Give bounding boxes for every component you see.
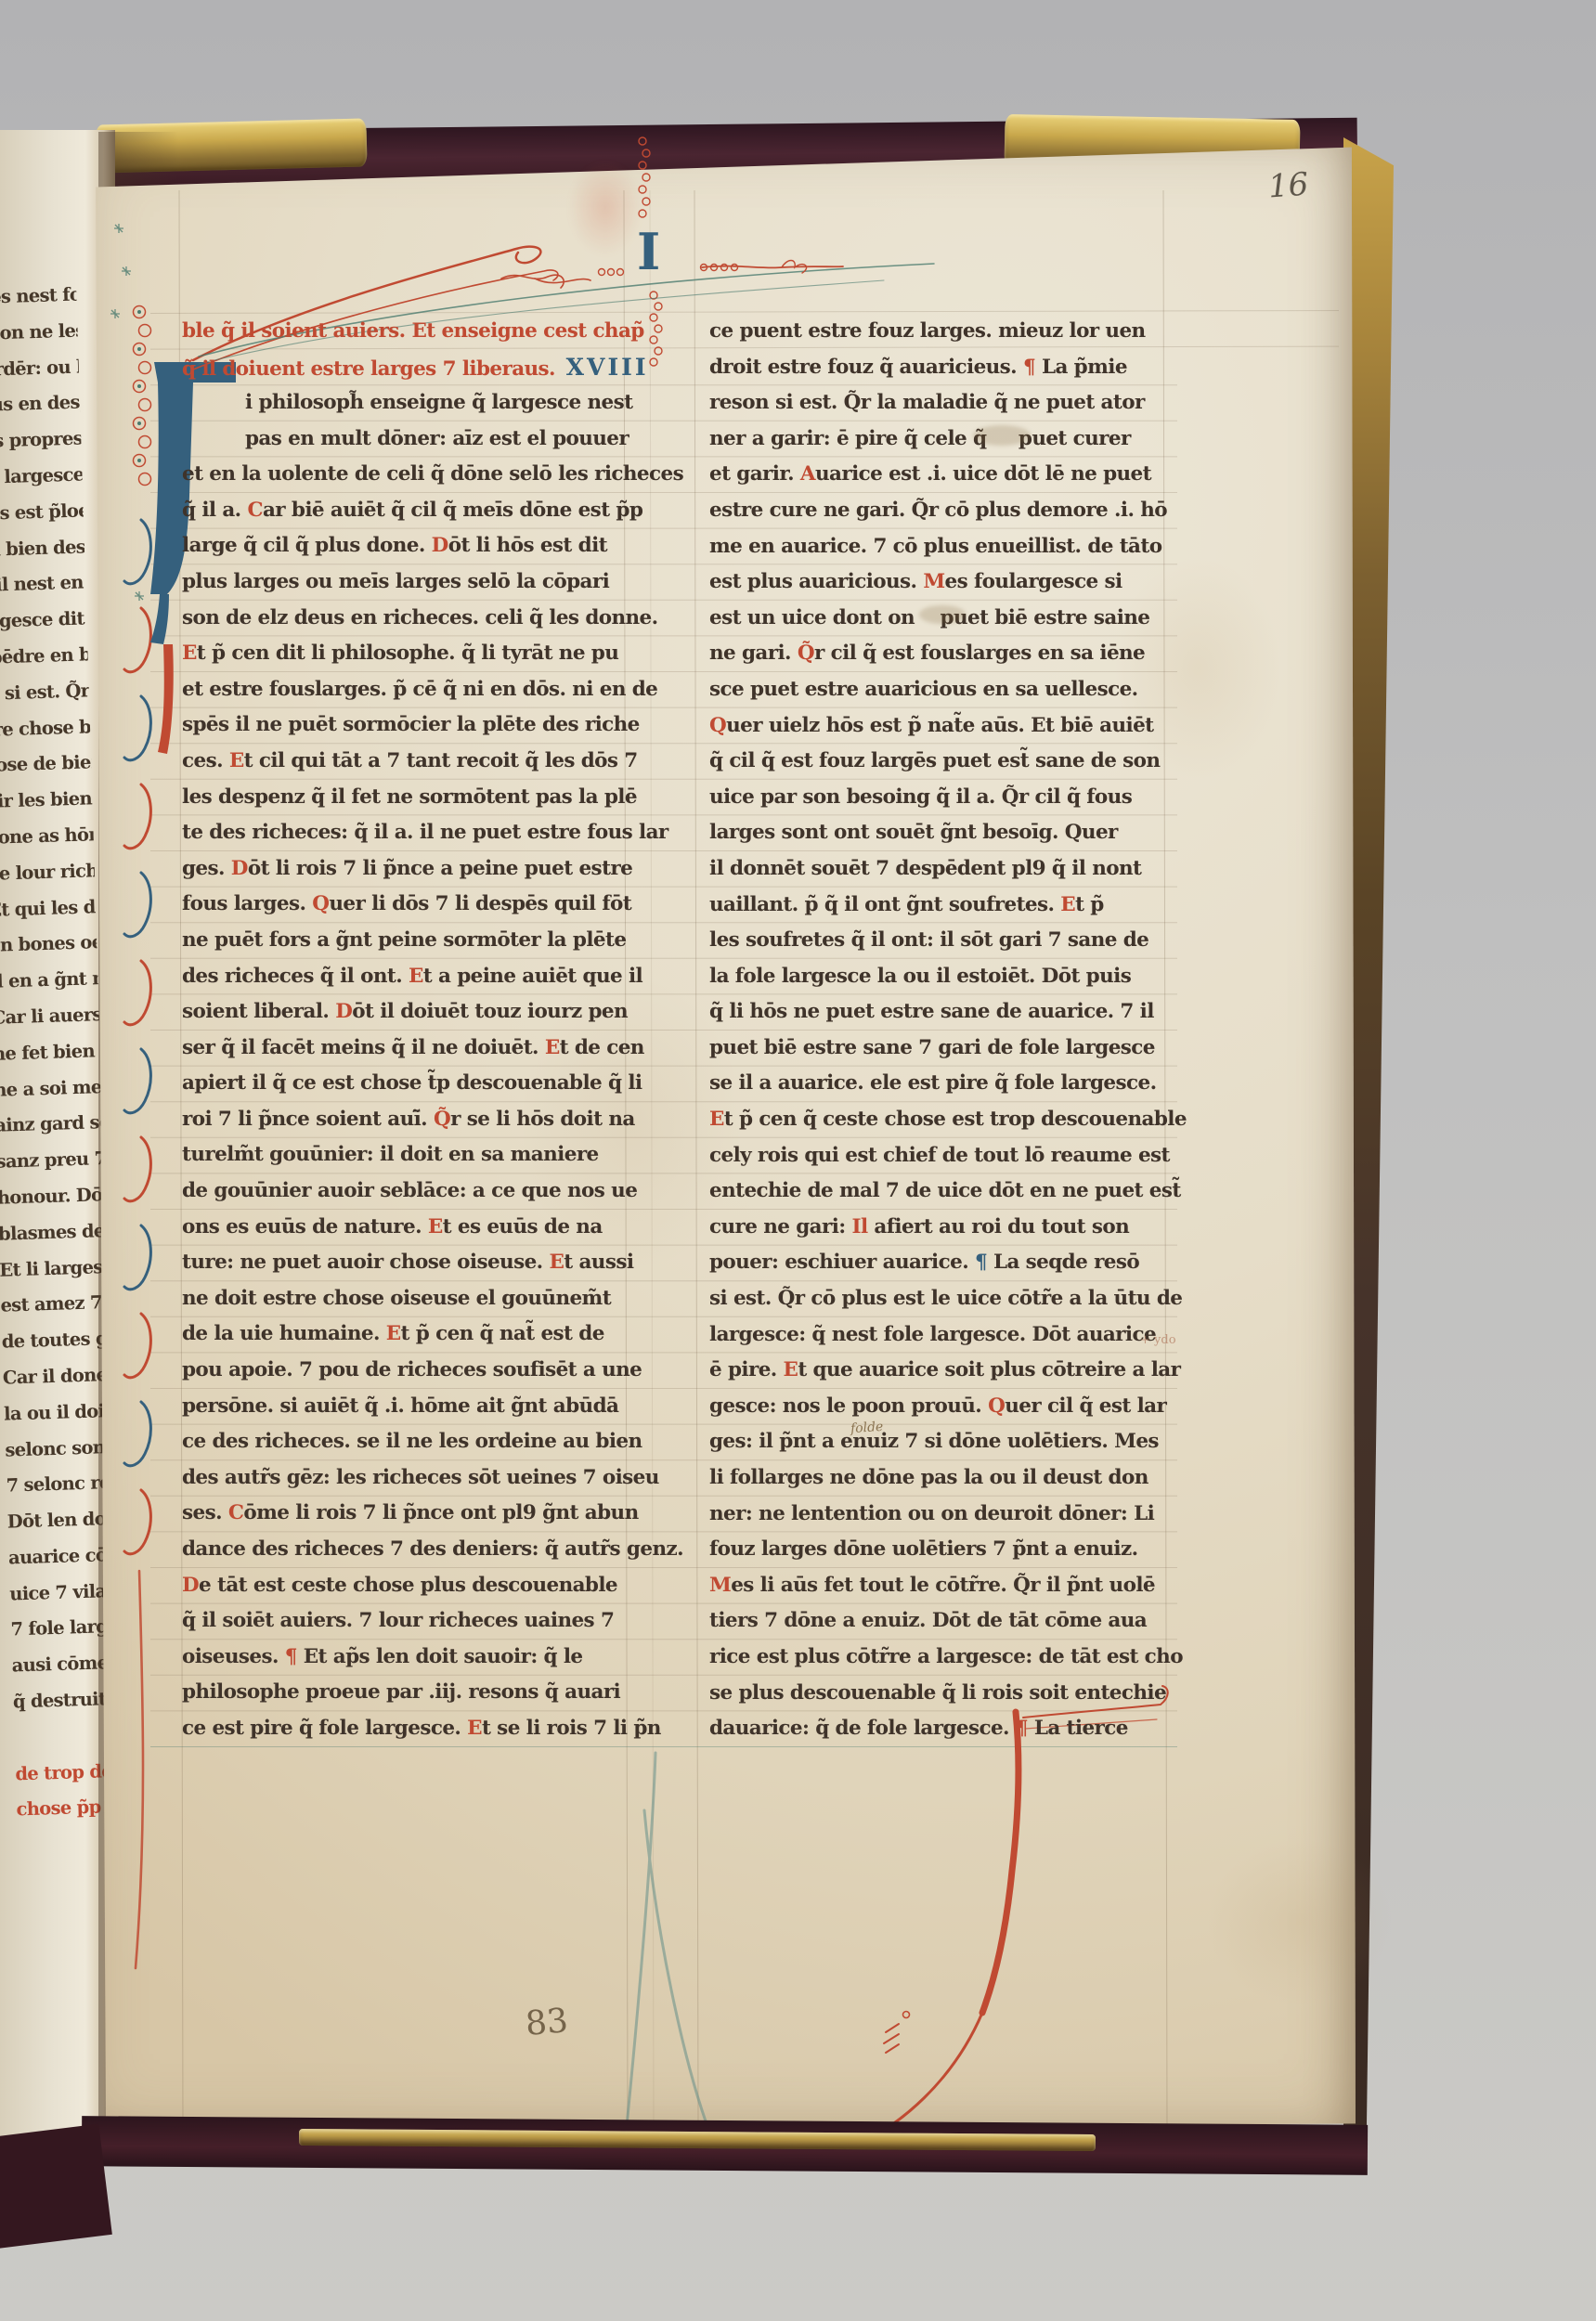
text-segment: e tāt est ceste chose plus descouenable [199,1574,617,1597]
text-segment: ges. [182,857,231,880]
text-line: de toutes genz [1,1321,110,1360]
text-segment: ser q̃ il facēt meins q̃ il ne doiuēt. [182,1036,545,1059]
text-line: Et p̃ cen dit li philosophe. q̃ li tyrāt… [182,636,629,672]
text-line: lō si est. Q̃r largece [0,673,89,712]
text-line: ne gari. Q̃r cil q̃ est fouslarges en sa… [709,636,1166,672]
text-line: q̃ il soiēt auiers. 7 lour richeces uain… [182,1603,629,1640]
text-segment: des richeces q̃ il ont. [182,965,409,988]
text-line: Et li larges hōs [0,1250,108,1289]
text-line: spēs il ne puēt sormōcier la plēte des r… [182,707,629,744]
text-segment: E [409,965,423,988]
text-line: philosophe proeue par .iij. resons q̃ au… [182,1675,629,1711]
text-line: ser q̃ il facēt meins q̃ il ne doiuēt. E… [182,1031,629,1067]
text-segment: E [784,1358,798,1381]
text-segment: ture: ne puet auoir chose oiseuse. [182,1251,549,1274]
text-segment: E [386,1322,401,1345]
text-line: et garir. Auarice est .i. uice dōt lē ne… [709,457,1166,493]
text-line: Car li auers hōs [0,997,99,1036]
text-segment: r se li hōs doit na [450,1108,635,1131]
text-line: ges: il p̃nt a enuiz 7 si dōne uolētiers… [709,1424,1166,1460]
text-segment: t se li rois 7 li p̃n [482,1717,661,1740]
text-line: cely rois qui est chief de tout lō reaum… [709,1138,1166,1174]
text-segment: dauarice: q̃ de fole largesce. [709,1717,1016,1740]
text-line: uice par son besoing q̃ il a. Q̃r cil q̃… [709,780,1166,816]
text-segment: es li aūs fet tout le cōtr̃re. Q̃r il p̃… [731,1574,1155,1597]
text-line: rice est plus cōtr̃re a largesce: de tāt… [709,1640,1166,1676]
text-line: ere chose bōne 7 g̃t [0,709,91,748]
text-segment: si est. Q̃r cō plus est le uice cōtr̃e a… [709,1287,1182,1310]
text-segment: q̃ il soiēt auiers. 7 lour richeces uain… [182,1609,614,1632]
text-line: des richeces q̃ il ont. Et a peine auiēt… [182,959,629,995]
text-segment: E [709,1108,724,1131]
text-segment: largesce: q̃ nest fole largesce. Dōt aua… [709,1323,1156,1346]
text-line: droit estre fouz q̃ auaricieus. ¶ La p̃m… [709,350,1166,386]
text-segment: La p̃mie [1042,356,1127,379]
text-line: plus larges ou meīs larges selō la cōpar… [182,564,629,601]
text-line: hōs est p̃loez. Et cō [0,493,84,532]
text-line: la ou il doit doner [4,1394,112,1433]
text-line: ne puēt fors a g̃nt peine sormōter la pl… [182,923,629,959]
text-segment: philosophe proeue par .iij. resons q̃ au… [182,1680,620,1704]
text-line: blasmes de touz [0,1213,107,1252]
text-segment: D [231,857,248,880]
text-segment: ¶ [1016,1717,1034,1740]
text-line: Q̃r largesce 7 douu [0,457,83,496]
text-segment: son de elz deus en richeces. celi q̃ les… [182,606,658,629]
text-line: ner: ne lentention ou on deuroit dōner: … [709,1497,1166,1533]
text-line: te des richeces: q̃ il a. il ne puet est… [182,815,629,851]
text-line: est amez 7 loez [0,1285,109,1324]
text-segment: uer uielz hōs est p̃ nat̃e aūs. Et biē a… [726,714,1153,737]
text-segment: de gouūnier auoir seblāce: a ce que nos … [182,1179,637,1202]
text-segment: apiert il q̃ ce est chose t̃p descouenab… [182,1071,642,1095]
text-segment: pouer: eschiuer auarice. [709,1251,975,1274]
text-line: de la uie humaine. Et p̃ cen q̃ nat̃ est… [182,1316,629,1353]
text-segment: ne gari. [709,642,798,665]
text-line: ne doit estre chose oiseuse el gouūnem̃t [182,1281,629,1317]
text-line: sanz preu 7 sanz [0,1141,104,1180]
text-segment: des autr̃s gēz: les richeces sōt ueines … [182,1466,659,1489]
text-line: ne a soi meismes [0,1070,102,1109]
text-segment: ne puēt fors a g̃nt peine sormōter la pl… [182,928,626,952]
text-line: eces nest fors despen [0,278,77,317]
text-segment: M [923,570,944,593]
text-segment: t aussi [564,1251,633,1274]
text-segment: ē pire. [709,1358,784,1381]
text-line: Quer uielz hōs est p̃ nat̃e aūs. Et biē … [709,708,1166,745]
text-segment: et en la uolente de celi q̃ dōne selō le… [182,462,683,486]
text-segment: r cil q̃ est fouslarges en sa iēne [814,642,1145,665]
text-line: cure ne gari: Il afiert au roi du tout s… [709,1210,1166,1246]
text-line: en bones oeures [0,926,97,965]
text-segment: ce puent estre fouz larges. mieuz lor ue… [709,319,1146,343]
text-segment: les despenz q̃ il fet ne sormōtent pas l… [182,785,637,809]
text-line: largesce: q̃ nest fole largesce. Dōt aua… [709,1317,1166,1354]
text-segment: E [428,1215,443,1238]
text-line: ainz gard son auoir [0,1105,103,1144]
text-segment: et estre fouslarges. p̃ cē q̃ ni en dōs.… [182,678,657,701]
text-segment: ner a garir: ē pire q̃ cele q̃ puet cure… [709,427,1131,450]
text-line: ce puent estre fouz larges. mieuz lor ue… [709,314,1166,350]
text-segment: rice est plus cōtr̃re a largesce: de tāt… [709,1645,1183,1668]
text-segment: fous larges. [182,892,312,915]
text-segment: ¶ [1023,356,1042,379]
text-segment: t p̃ cen q̃ nat̃ est de [401,1322,604,1345]
text-segment: turelm̃t gouūnier: il doit en sa maniere [182,1143,599,1166]
text-line: ē pire. Et que auarice soit plus cōtreir… [709,1353,1166,1389]
text-segment: t p̃ cen q̃ ceste chose est trop descoue… [724,1108,1187,1131]
text-segment: E [549,1251,564,1274]
text-line: apiert il q̃ ce est chose t̃p descouenab… [182,1066,629,1102]
text-line: large q̃ cil q̃ plus done. Dōt li hōs es… [182,528,629,564]
text-line: de lour richeces [0,853,95,892]
text-line: Q̃r on ne les gard [0,313,78,352]
text-segment: est plus auaricious. [709,570,923,593]
text-segment: cely rois qui est chief de tout lō reaum… [709,1144,1170,1167]
text-segment: fouz larges dōne uolētiers 7 p̃nt a enui… [709,1537,1137,1561]
text-line: me en auarice. 7 cō plus enueillist. de … [709,529,1166,565]
text-line: gardēr: ou les am [0,349,79,388]
text-line: Et qui les despent [0,889,97,928]
text-segment: Il [852,1215,868,1238]
text-line: et en la uolente de celi q̃ dōne selō le… [182,457,629,493]
text-segment: la fole largesce la ou il estoiēt. Dōt p… [709,965,1131,988]
text-line: plus en despendre [0,385,81,424]
text-segment: dance des richeces 7 des deniers: q̃ aut… [182,1537,683,1561]
text-line: argesce dit est p̃m [0,602,87,641]
text-segment: il donnēt souēt 7 despēdent pl9 q̃ il no… [709,857,1141,880]
board-corner-bottom-left [0,2124,112,2250]
text-segment: oiseuses. [182,1645,285,1668]
text-segment: afiert au roi du tout son [868,1215,1130,1238]
text-segment: reson si est. Q̃r la maladie q̃ ne puet … [709,391,1145,414]
text-line: roi 7 li p̃nce soient auī̃. Q̃r se li hō… [182,1102,629,1138]
text-segment: Q̃ [434,1108,450,1131]
text-segment: E [1060,893,1075,916]
text-segment: i philosoph̃ enseigne q̃ largesce nest [245,391,632,414]
text-line: est plus auaricious. Mes foulargesce si [709,564,1166,601]
erasure-smudge [973,425,1031,446]
text-segment: Q [709,714,726,737]
text-line: les soufretes q̃ il ont: il sōt gari 7 s… [709,923,1166,959]
text-segment: ōme li rois 7 li p̃nce ont pl9 g̃nt abun [243,1501,638,1524]
text-segment: roi 7 li p̃nce soient auī̃. [182,1108,434,1131]
text-segment: ¶ [285,1645,304,1668]
text-line: q̃ il nest en garder [0,565,86,604]
text-segment: uarice est .i. uice dōt lē ne puet [815,462,1151,486]
text-segment: ner: ne lentention ou on deuroit dōner: … [709,1502,1154,1525]
text-line: pose de bien fere [0,746,92,784]
text-segment: pou apoie. 7 pou de richeces soufisēt a … [182,1358,642,1381]
text-segment: t es euūs de na [443,1215,603,1238]
text-line: ges. Dōt li rois 7 li p̃nce a peine puet… [182,851,629,888]
marginal-note: + ydo [1140,1333,1176,1347]
text-segment: ces. [182,749,229,772]
text-line: reson si est. Q̃r la maladie q̃ ne puet … [709,385,1166,421]
text-segment: q̃ il a. [182,499,247,522]
text-segment: tiers 7 dōne a enuiz. Dōt de tāt cōme au… [709,1609,1147,1632]
text-line: dance des richeces 7 des deniers: q̃ aut… [182,1532,629,1568]
text-segment: t cil qui tāt a 7 tant recoit q̃ les dōs… [244,749,638,772]
text-line: ble q̃ il soient auiers. Et enseigne ces… [182,314,629,350]
text-segment: La tierce [1034,1717,1128,1740]
text-segment: E [229,749,244,772]
text-line: entechie de mal 7 de uice dōt en ne puet… [709,1173,1166,1210]
text-segment: ons es euūs de nature. [182,1215,428,1238]
text-line: i philosoph̃ enseigne q̃ largesce nest [182,385,629,421]
text-segment: Q̃ [798,642,814,665]
text-segment: XVIII [555,354,649,381]
text-segment: q̃ li hōs ne puet estre sane de auarice.… [709,1000,1154,1023]
text-line: spēdre en biē se a [0,637,88,676]
text-segment: ōt li hōs est dit [448,534,607,557]
text-line: et estre fouslarges. p̃ cē q̃ ni en dōs.… [182,672,629,708]
text-line: pas en mult dōner: aīz est el pouuer [182,421,629,458]
text-line: sce puet estre auaricious en sa uellesce… [709,672,1166,708]
text-line: son de elz deus en richeces. celi q̃ les… [182,601,629,637]
text-segment: se plus descouenable q̃ li rois soit ent… [709,1681,1166,1705]
text-segment: D [432,534,448,557]
text-line: pouer: eschiuer auarice. ¶ La seqde resō [709,1245,1166,1281]
text-line: q̃ il doiuent estre larges 7 liberaus. X… [182,350,629,386]
text-line: ne fet bien a nului [0,1033,101,1072]
text-segment: Q [312,892,329,915]
text-segment: M [709,1574,731,1597]
text-line: il en a g̃nt merite [0,961,98,1000]
text-segment: ne doit estre chose oiseuse el gouūnem̃t [182,1287,611,1310]
text-segment: pas en mult dōner: aīz est el pouuer [245,427,629,450]
text-line: ce des richeces. se il ne les ordeine au… [182,1424,629,1460]
text-segment: me en auarice. 7 cō plus enueillist. de … [709,535,1161,558]
text-line: la fole largesce la ou il estoiēt. Dōt p… [709,959,1166,995]
text-segment: ōt li rois 7 li p̃nce a peine puet estre [248,857,632,880]
text-line: se il a auarice. ele est pire q̃ fole la… [709,1066,1166,1102]
text-segment: uer cil q̃ est lar [1005,1394,1166,1418]
folio-number: 16 [1267,166,1310,206]
text-segment: q̃ il doiuent estre larges 7 liberaus. [182,357,555,381]
text-segment: large q̃ cil q̃ plus done. [182,534,432,557]
text-segment: soient liberal. [182,1000,335,1023]
text-segment: t p̃ cen dit li philosophe. q̃ li tyrāt … [197,642,618,665]
text-line: selonc son pouer [5,1429,113,1468]
text-segment: ble q̃ il soient auiers. Et enseigne ces… [182,319,644,343]
text-line: ses. Cōme li rois 7 li p̃nce ont pl9 g̃n… [182,1496,629,1532]
text-segment: persōne. si auiēt q̃ .i. hōme ait g̃nt a… [182,1394,618,1418]
text-line: larges sont ont souēt g̃nt besoīg. Quer [709,815,1166,851]
text-line: puet biē estre sane 7 gari de fole large… [709,1031,1166,1067]
text-segment: larges sont ont souēt g̃nt besoīg. Quer [709,821,1118,844]
text-line: estre cure ne gari. Q̃r cō plus demore .… [709,493,1166,529]
text-line: uir les biens q̃ deu [0,781,93,820]
text-line: dauarice: q̃ de fole largesce. ¶ La tier… [709,1711,1166,1747]
text-line: De tāt est ceste chose plus descouenable [182,1568,629,1604]
text-line: si est. Q̃r cō plus est le uice cōtr̃e a… [709,1281,1166,1317]
text-line: tiers 7 dōne a enuiz. Dōt de tāt cōme au… [709,1603,1166,1640]
text-segment: La seqde resō [993,1251,1139,1274]
text-line: done as hōmes [0,817,94,856]
text-line: les despenz q̃ il fet ne sormōtent pas l… [182,780,629,816]
text-line: q̃ li hōs ne puet estre sane de auarice.… [709,994,1166,1031]
text-line: pou apoie. 7 pou de richeces soufisēt a … [182,1353,629,1389]
text-line: uaillant. p̃ q̃ il ont g̃nt soufretes. E… [709,888,1166,924]
text-segment: ce est pire q̃ fole largesce. [182,1717,467,1740]
quire-mark: I [637,227,660,277]
text-segment: ges: il p̃nt a enuiz 7 si dōne uolētiers… [709,1430,1159,1453]
text-segment: D [335,1000,352,1023]
text-segment: es foulargesce si [945,570,1122,593]
text-segment: droit estre fouz q̃ auaricieus. [709,356,1023,379]
text-column-2: ce puent estre fouz larges. mieuz lor ue… [709,314,1166,1747]
text-segment: uer li dōs 7 li despēs quil fōt [329,892,631,915]
text-segment: t p̃ [1075,893,1104,916]
text-segment: uaillant. p̃ q̃ il ont g̃nt soufretes. [709,893,1060,916]
text-line: persōne. si auiēt q̃ .i. hōme ait g̃nt a… [182,1389,629,1425]
text-line: Et p̃ cen q̃ ceste chose est trop descou… [709,1102,1166,1138]
text-segment: se il a auarice. ele est pire q̃ fole la… [709,1071,1156,1095]
text-segment: C [228,1501,244,1524]
text-line: Car il done 7 despent [2,1357,110,1396]
text-line: se plus descouenable q̃ li rois soit ent… [709,1676,1166,1712]
text-segment: q̃ cil q̃ est fouz largēs puet est̃ sane… [709,749,1160,772]
text-segment: gesce: nos le poon prouū. [709,1394,988,1418]
text-segment: E [545,1036,560,1059]
text-segment: sce puet estre auaricious en sa uellesce… [709,678,1138,701]
text-segment: t a peine auiēt que il [423,965,642,988]
text-segment: estre cure ne gari. Q̃r cō plus demore .… [709,499,1167,522]
text-line: ons es euūs de nature. Et es euūs de na [182,1210,629,1246]
text-line: ture: ne puet auoir chose oiseuse. Et au… [182,1245,629,1281]
text-segment: te des richeces: q̃ il a. il ne puet est… [182,821,668,844]
text-segment: li follarges ne dōne pas la ou il deust … [709,1466,1148,1489]
text-segment: puet biē estre sane 7 gari de fole large… [709,1036,1155,1059]
text-line: turelm̃t gouūnier: il doit en sa maniere [182,1137,629,1173]
erasure-smudge [919,605,966,624]
text-segment: A [800,462,815,486]
text-segment: ōt il doiuēt touz iourz pen [352,1000,628,1023]
text-segment: cure ne gari: [709,1215,852,1238]
text-segment: E [182,642,197,665]
text-segment: t que auarice soit plus cōtreire a lar [798,1358,1180,1381]
text-line: ner a garir: ē pire q̃ cele q̃ puet cure… [709,421,1166,458]
text-segment: C [247,499,263,522]
text-line: ce est pire q̃ fole largesce. Et se li r… [182,1711,629,1747]
text-line: ces. Et cil qui tāt a 7 tant recoit q̃ l… [182,744,629,780]
text-line: li follarges ne dōne pas la ou il deust … [709,1460,1166,1497]
text-line: Mes li aūs fet tout le cōtr̃re. Q̃r il p… [709,1568,1166,1604]
text-segment: uice par son besoing q̃ il a. Q̃r cil q̃… [709,785,1132,809]
text-line: ses propres richeces [0,421,82,460]
old-foliation-number: 83 [524,2002,569,2043]
chapter-rubric: ble q̃ il soient auiers. Et enseigne ces… [182,314,629,385]
text-segment: spēs il ne puēt sormōcier la plēte des r… [182,713,640,736]
manuscript-photo: eces nest fors despenQ̃r on ne les gardg… [0,0,1596,2321]
text-segment: ar biē auiēt q̃ cil q̃ meīs dōne est p̃p [263,499,642,522]
text-segment: ¶ [975,1251,993,1274]
text-segment: ses. [182,1501,228,1524]
text-segment: et garir. [709,462,800,486]
text-line: q̃ cil q̃ est fouz largēs puet est̃ sane… [709,744,1166,780]
text-segment: ce des richeces. se il ne les ordeine au… [182,1430,642,1453]
text-segment: t de cen [560,1036,644,1059]
text-segment: Q [988,1394,1005,1418]
text-segment: les soufretes q̃ il ont: il sōt gari 7 s… [709,928,1148,952]
text-segment: D [182,1574,199,1597]
text-line: des autr̃s gēz: les richeces sōt ueines … [182,1460,629,1497]
text-segment: E [467,1717,482,1740]
text-column-1: i philosoph̃ enseigne q̃ largesce nestpa… [182,385,629,1747]
interlinear-gloss: folde [850,1420,883,1436]
text-segment: plus larges ou meīs larges selō la cōpar… [182,570,609,593]
text-line: fous larges. Quer li dōs 7 li despēs qui… [182,887,629,923]
text-line: gesce: nos le poon prouū. Quer cil q̃ es… [709,1389,1166,1425]
text-line: soient liberal. Dōt il doiuēt touz iourz… [182,994,629,1031]
text-line: il donnēt souēt 7 despēdent pl9 q̃ il no… [709,851,1166,888]
text-line: de gouūnier auoir seblāce: a ce que nos … [182,1173,629,1210]
text-segment: entechie de mal 7 de uice dōt en ne puet… [709,1179,1181,1202]
text-line: oiseuses. ¶ Et ap̃s len doit sauoir: q̃ … [182,1640,629,1676]
text-line: honour. Dōt il est [0,1177,105,1216]
text-segment: Et ap̃s len doit sauoir: q̃ le [304,1645,583,1668]
text-segment: de la uie humaine. [182,1322,386,1345]
text-line: q̃ il a. Car biē auiēt q̃ cil q̃ meīs dō… [182,493,629,529]
text-line: fouz larges dōne uolētiers 7 p̃nt a enui… [709,1532,1166,1568]
text-line: en bien despendre [0,529,85,568]
